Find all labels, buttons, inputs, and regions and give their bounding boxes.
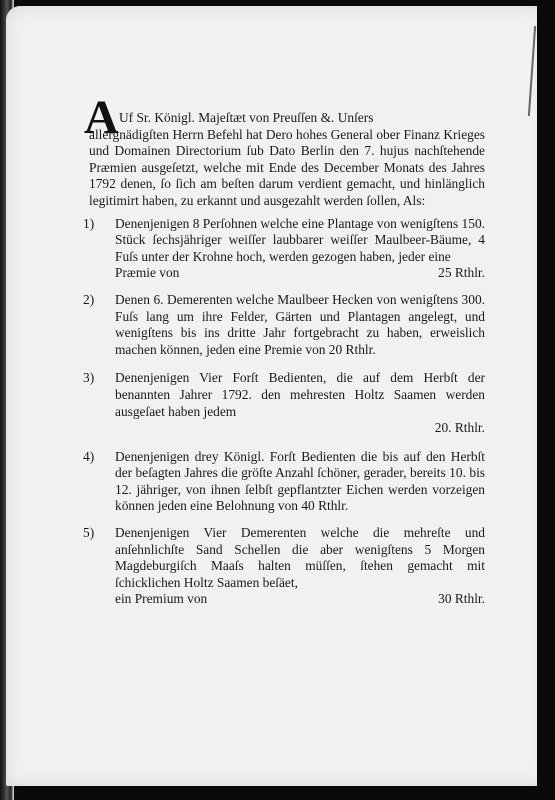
drop-cap: A	[84, 98, 119, 138]
item-amount-line: Præmie von 25 Rthlr.	[115, 265, 485, 282]
item-amount: 25 Rthlr.	[438, 265, 485, 282]
item-amount: 20. Rthlr.	[115, 420, 485, 437]
item-text: Denenjenigen Vier Forſt Bedienten, die a…	[115, 370, 485, 418]
item-amount: 40 Rthlr.	[301, 498, 348, 513]
list-item-1: 1) Denenjenigen 8 Perſohnen welche eine …	[89, 216, 485, 282]
list-item-3: 3) Denenjenigen Vier Forſt Bedienten, di…	[89, 370, 485, 436]
item-number: 4)	[83, 449, 94, 466]
item-number: 3)	[83, 370, 94, 387]
item-last-left: Præmie von	[115, 265, 179, 282]
paper-crease	[528, 26, 536, 116]
item-text: Denen 6. Demerenten welche Maulbeer Heck…	[115, 292, 485, 357]
list-item-4: 4) Denenjenigen drey Königl. Forſt Bedie…	[89, 449, 485, 515]
dark-background-edge	[537, 0, 555, 800]
item-last-left: ein Premium von	[115, 591, 207, 608]
intro-first-line: Uf Sr. Königl. Majeſtæt von Preuſſen &. …	[89, 110, 485, 127]
list-item-2: 2) Denen 6. Demerenten welche Maulbeer H…	[89, 292, 485, 358]
item-text: Denenjenigen drey Königl. Forſt Bediente…	[115, 449, 485, 514]
item-number: 1)	[83, 216, 94, 233]
item-amount: 30 Rthlr.	[438, 591, 485, 608]
intro-paragraph: A Uf Sr. Königl. Majeſtæt von Preuſſen &…	[89, 110, 485, 210]
item-number: 5)	[83, 525, 94, 542]
list-item-5: 5) Denenjenigen Vier Demerenten welche d…	[89, 525, 485, 608]
document-body: A Uf Sr. Königl. Majeſtæt von Preuſſen &…	[89, 110, 485, 608]
item-amount-line: ein Premium von 30 Rthlr.	[115, 591, 485, 608]
item-text: Denenjenigen Vier Demerenten welche die …	[115, 525, 485, 590]
item-text: Denenjenigen 8 Perſohnen welche eine Pla…	[115, 216, 485, 264]
intro-rest: allergnädigſten Herrn Befehl hat Dero ho…	[89, 127, 485, 208]
item-number: 2)	[83, 292, 94, 309]
